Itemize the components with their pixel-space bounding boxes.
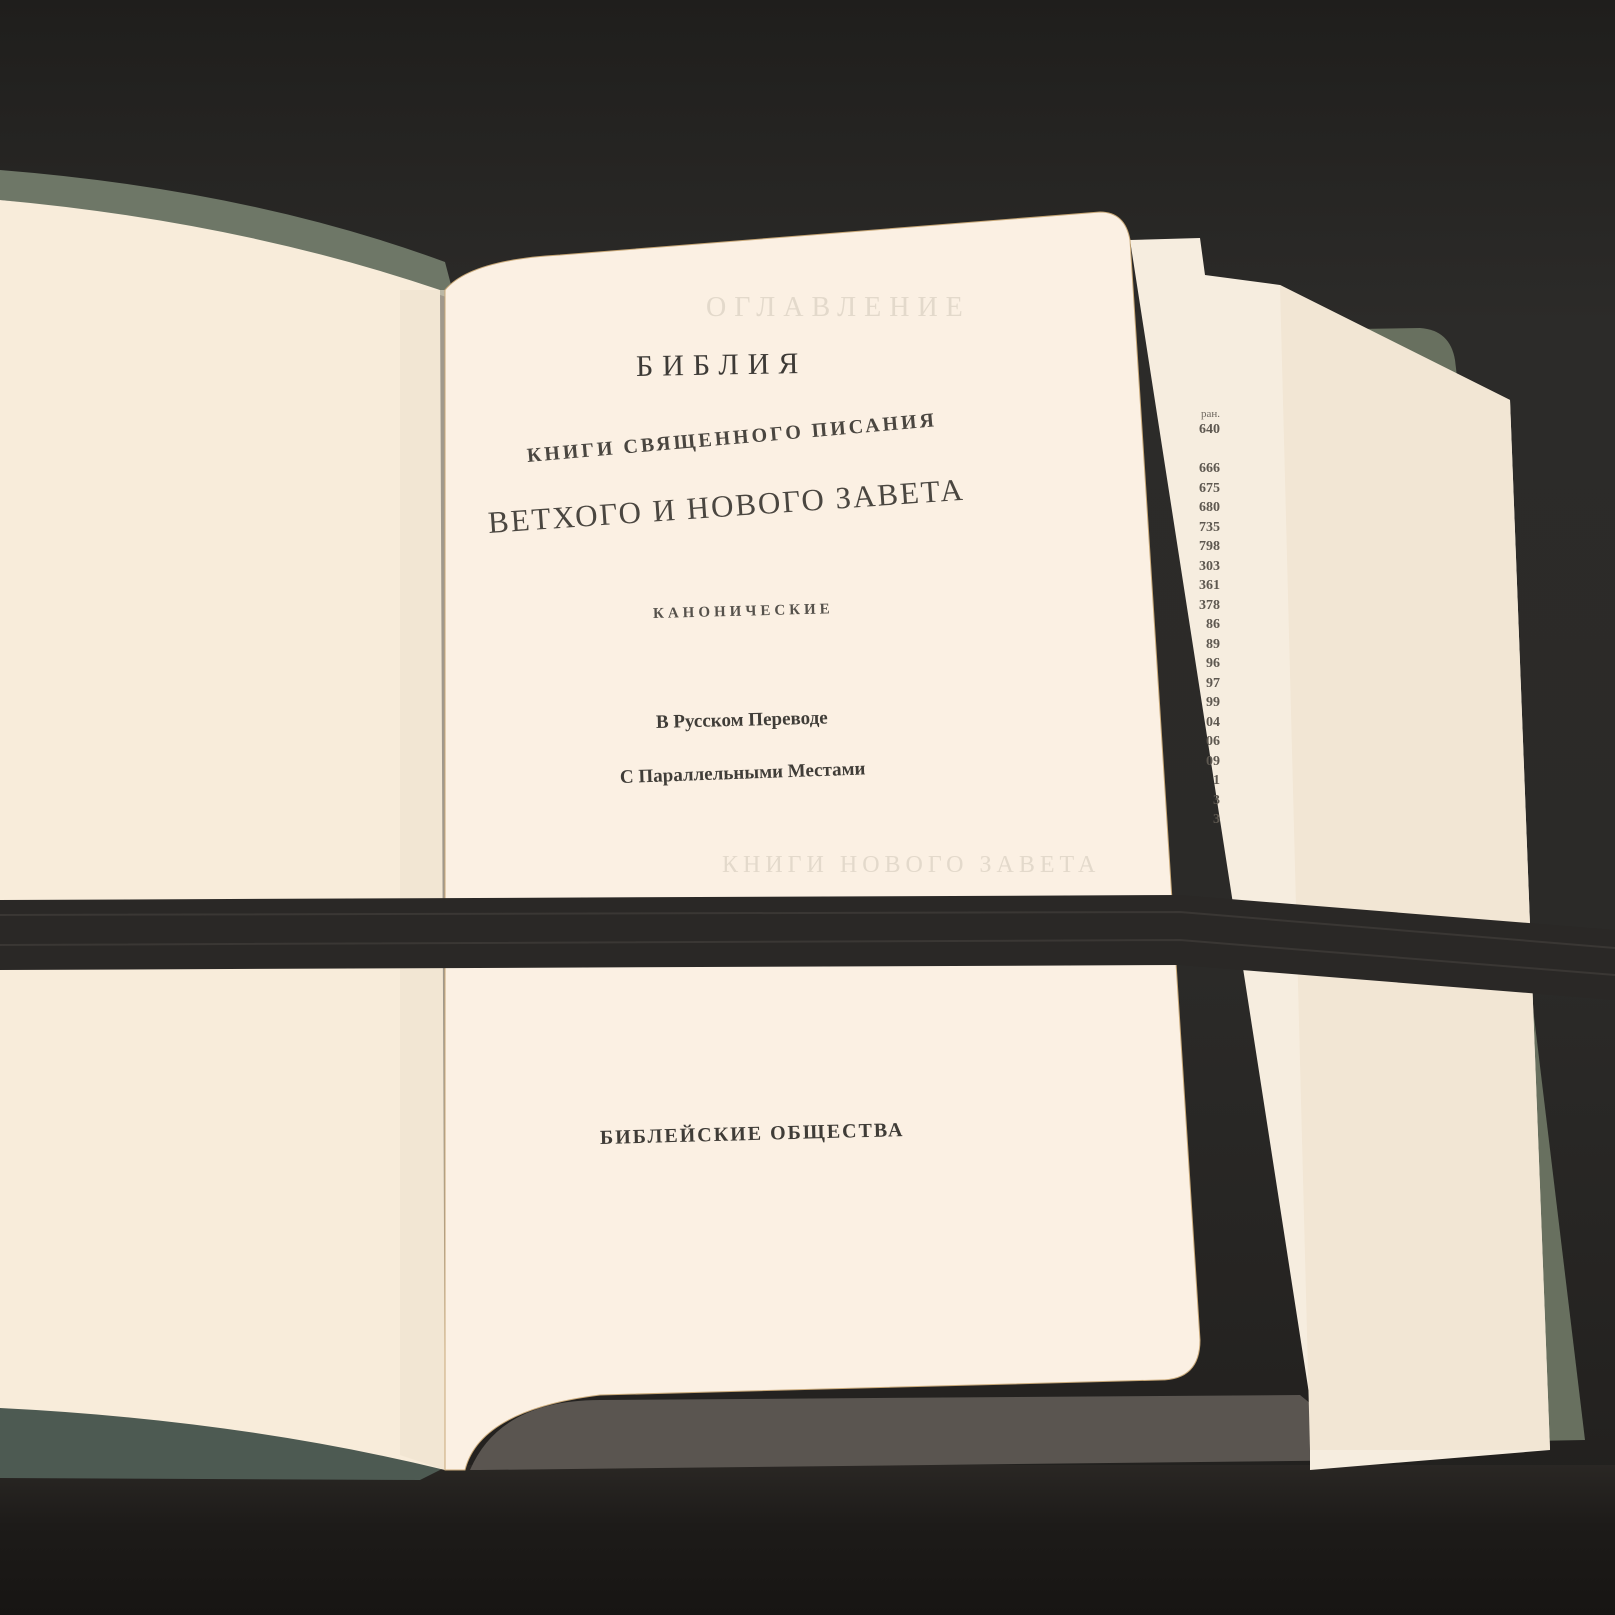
page-number [1160,442,1220,462]
page-number: 06 [1160,734,1220,754]
page-number: 675 [1160,481,1220,501]
page-number: 86 [1160,617,1220,637]
page-number: 735 [1160,520,1220,540]
open-book [0,0,1615,1615]
page-number: 640 [1160,422,1220,442]
page-number: 378 [1160,598,1220,618]
show-through-lower-heading: КНИГИ НОВОГО ЗАВЕТА [722,852,1100,879]
page-number: 89 [1160,637,1220,657]
bible-title: БИБЛИЯ [636,347,808,384]
page-number: 04 [1160,715,1220,735]
show-through-heading: ОГЛАВЛЕНИЕ [706,292,971,324]
page-number: 97 [1160,676,1220,696]
page-number: 3 [1160,812,1220,832]
page-number: 09 [1160,754,1220,774]
page-number: 666 [1160,461,1220,481]
page-number: 99 [1160,695,1220,715]
page-number: 303 [1160,559,1220,579]
page-number: 798 [1160,539,1220,559]
page-number-column: ран. 640 666 675 680 735 798 303 361 378… [1160,408,1220,832]
translation-line-1: В Русском Переводе [656,708,828,734]
page-header: ран. [1160,408,1220,422]
left-page [0,200,445,1470]
page-number: 1 [1160,773,1220,793]
page-number: 3 [1160,793,1220,813]
page-number: 361 [1160,578,1220,598]
page-number: 680 [1160,500,1220,520]
page-number: 96 [1160,656,1220,676]
title-page [445,212,1200,1470]
